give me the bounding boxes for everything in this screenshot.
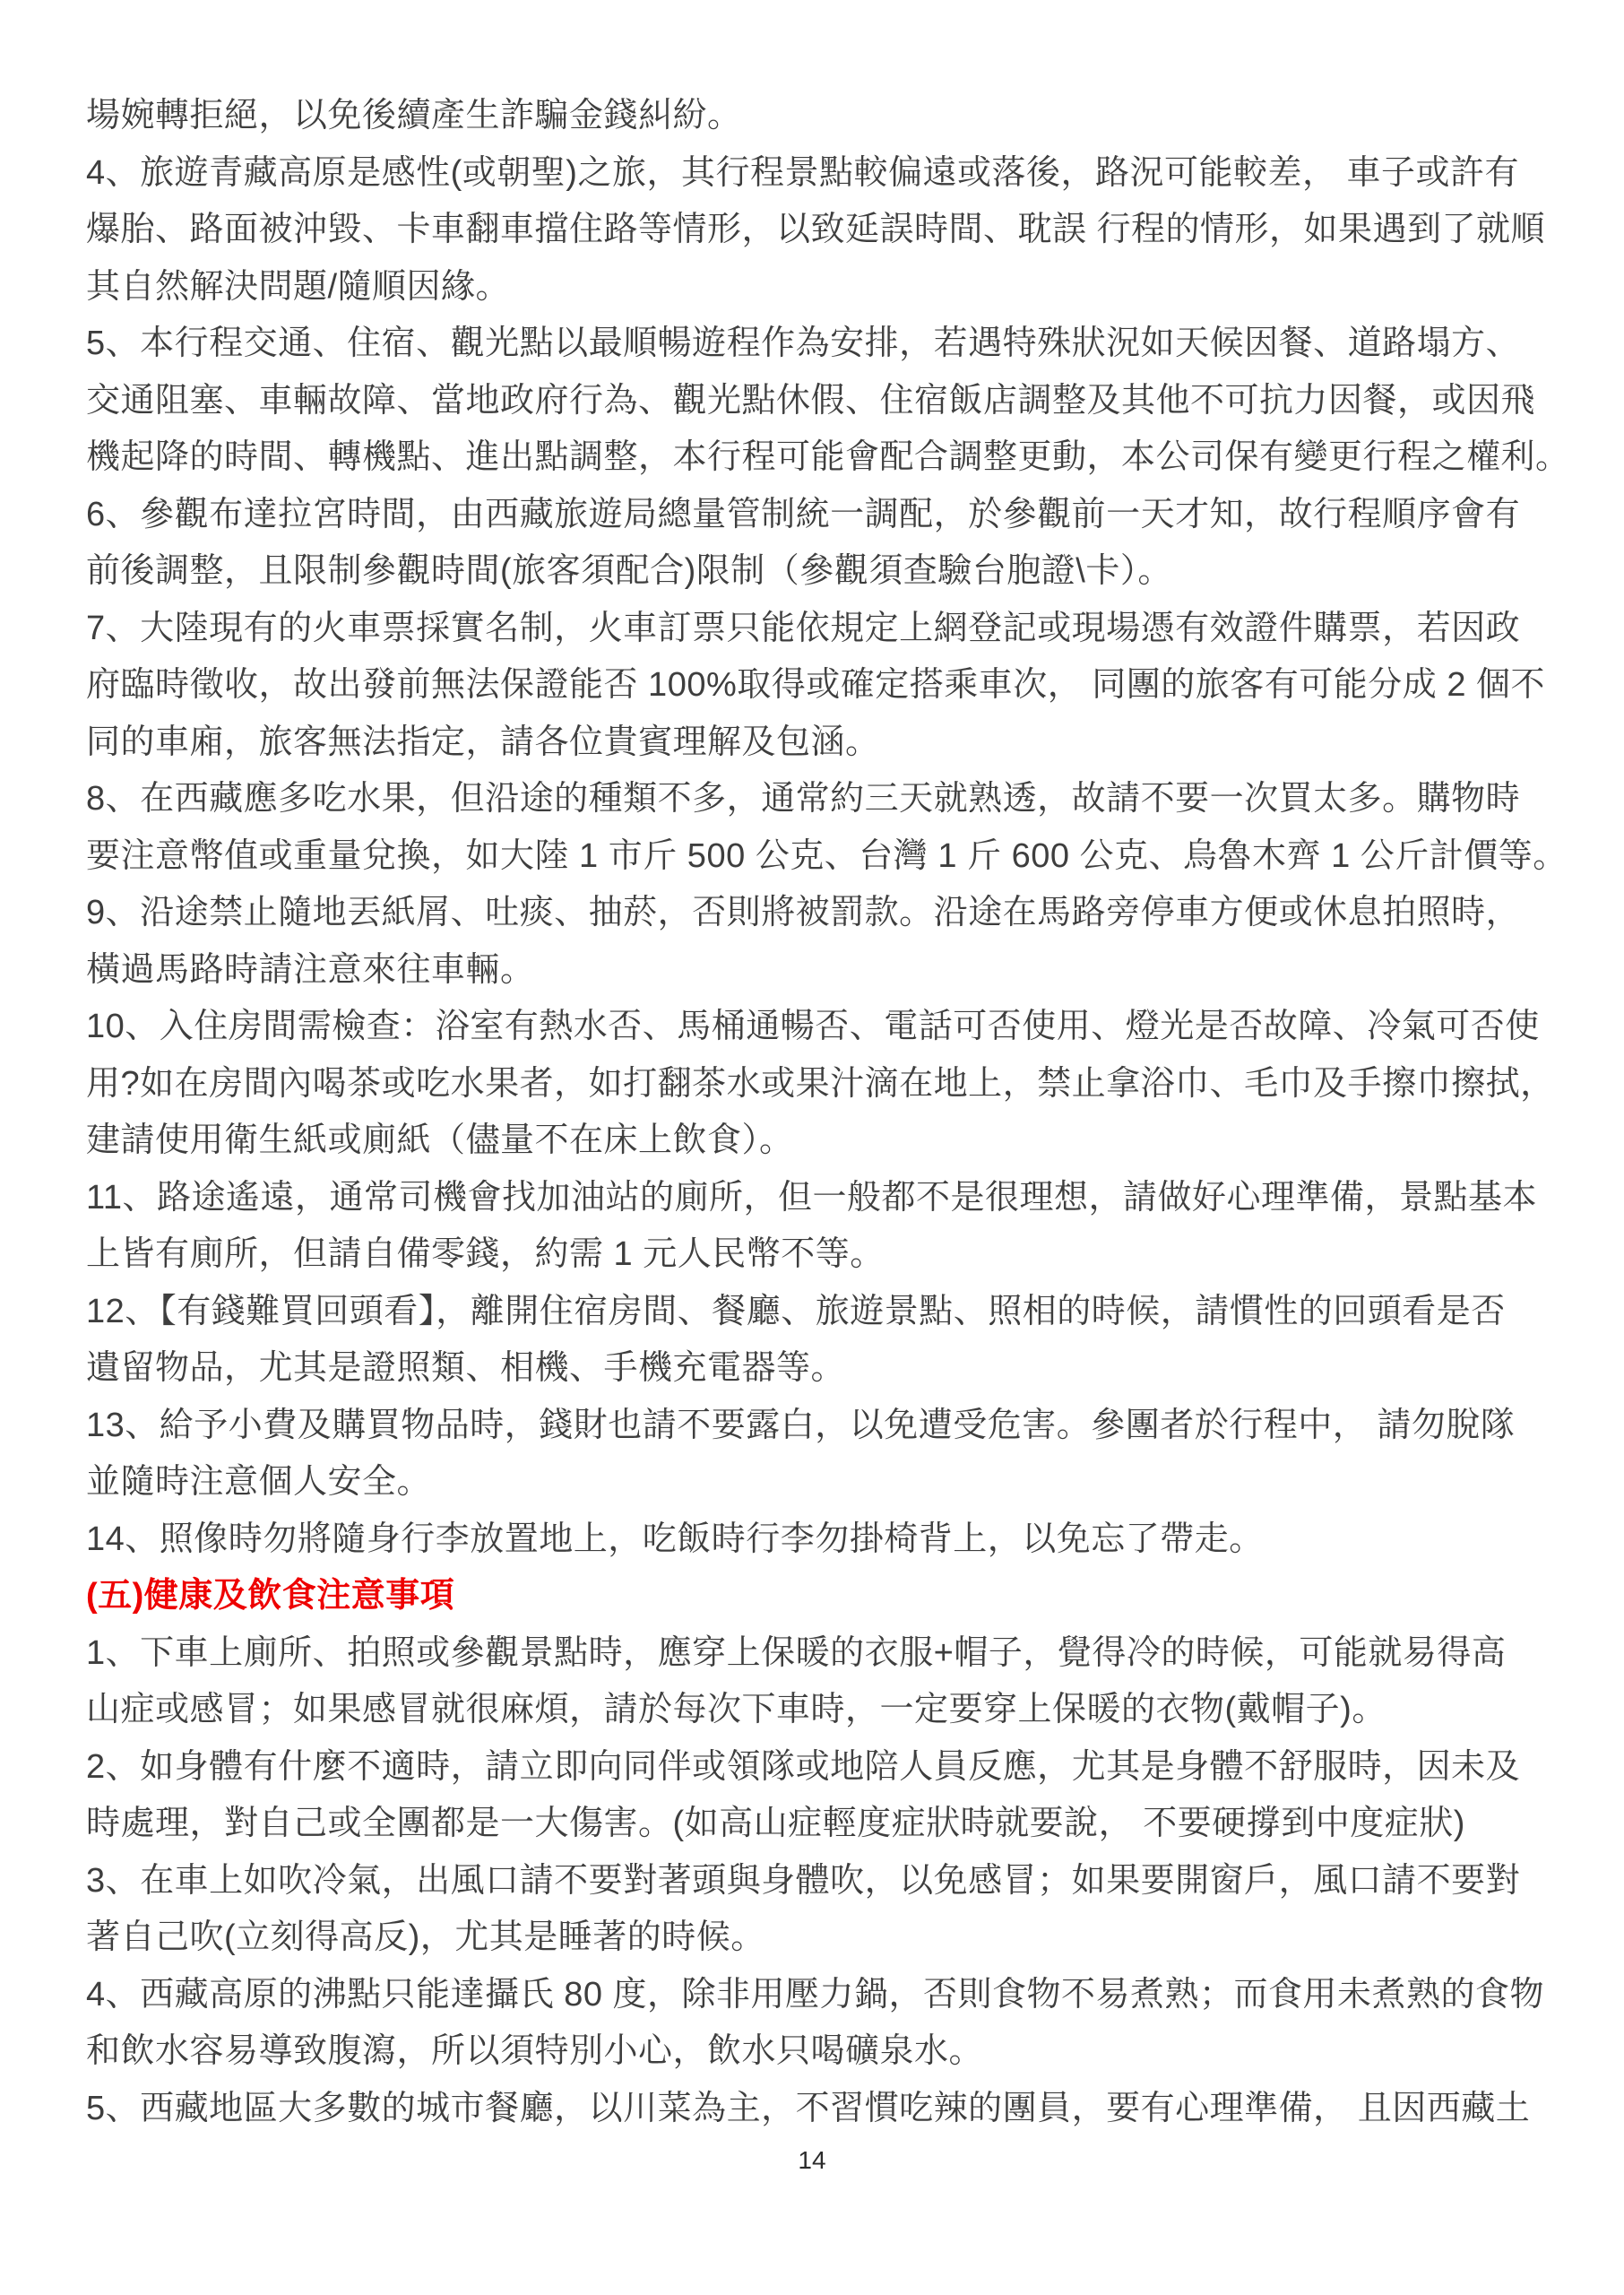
text-line: 12、【有錢難買回頭看】，離開住宿房間、餐廳、旅遊景點、照相的時候，請慣性的回頭… bbox=[86, 1284, 1551, 1341]
text-line: 9、沿途禁止隨地丟紙屑、吐痰、抽菸，否則將被罰款。沿途在馬路旁停車方便或休息拍照… bbox=[86, 885, 1551, 942]
text-line: 2、如身體有什麼不適時，請立即向同伴或領隊或地陪人員反應，尤其是身體不舒服時，因… bbox=[86, 1739, 1551, 1797]
text-line: 和飲水容易導致腹瀉，所以須特別小心，飲水只喝礦泉水。 bbox=[86, 2023, 1551, 2081]
text-line: 1、下車上廁所、拍照或參觀景點時，應穿上保暖的衣服+帽子，覺得冷的時候，可能就易… bbox=[86, 1625, 1551, 1683]
text-line: 10、入住房間需檢查：浴室有熱水否、馬桶通暢否、電話可否使用、燈光是否故障、冷氣… bbox=[86, 999, 1551, 1056]
text-line: 同的車廂，旅客無法指定，請各位貴賓理解及包涵。 bbox=[86, 714, 1551, 772]
text-line: 7、大陸現有的火車票採實名制，火車訂票只能依規定上網登記或現場憑有效證件購票，若… bbox=[86, 601, 1551, 658]
text-line: 場婉轉拒絕，以免後續產生詐騙金錢糾紛。 bbox=[86, 88, 1551, 145]
text-line: 其自然解決問題/隨順因緣。 bbox=[86, 259, 1551, 316]
text-line: 5、西藏地區大多數的城市餐廳，以川菜為主，不習慣吃辣的團員，要有心理準備， 且因… bbox=[86, 2081, 1551, 2138]
page-number: 14 bbox=[0, 2143, 1624, 2178]
text-line: 5、本行程交通、住宿、觀光點以最順暢遊程作為安排，若遇特殊狀況如天候因餐、道路塌… bbox=[86, 316, 1551, 373]
text-line: 4、旅遊青藏高原是感性(或朝聖)之旅，其行程景點較偏遠或落後，路況可能較差， 車… bbox=[86, 145, 1551, 203]
text-line: 8、在西藏應多吃水果，但沿途的種類不多，通常約三天就熟透，故請不要一次買太多。購… bbox=[86, 771, 1551, 828]
text-line: 府臨時徵收，故出發前無法保證能否 100%取得或確定搭乘車次， 同團的旅客有可能… bbox=[86, 657, 1551, 714]
text-line: 機起降的時間、轉機點、進出點調整，本行程可能會配合調整更動，本公司保有變更行程之… bbox=[86, 429, 1551, 487]
text-line: 時處理，對自己或全團都是一大傷害。(如高山症輕度症狀時就要說， 不要硬撐到中度症… bbox=[86, 1796, 1551, 1853]
text-line: 爆胎、路面被沖毀、卡車翻車擋住路等情形，以致延誤時間、耽誤 行程的情形，如果遇到… bbox=[86, 202, 1551, 259]
text-line: 著自己吹(立刻得高反)，尤其是睡著的時候。 bbox=[86, 1910, 1551, 1967]
text-line: 並隨時注意個人安全。 bbox=[86, 1454, 1551, 1511]
text-line: 建請使用衛生紙或廁紙（儘量不在床上飲食）。 bbox=[86, 1113, 1551, 1170]
text-line: 3、在車上如吹冷氣，出風口請不要對著頭與身體吹，以免感冒；如果要開窗戶，風口請不… bbox=[86, 1853, 1551, 1910]
section-heading-health-and-diet-notes: (五)健康及飲食注意事項 bbox=[86, 1568, 1551, 1625]
text-line: 6、參觀布達拉宮時間，由西藏旅遊局總量管制統一調配，於參觀前一天才知，故行程順序… bbox=[86, 487, 1551, 544]
text-line: 用?如在房間內喝茶或吃水果者，如打翻茶水或果汁滴在地上，禁止拿浴巾、毛巾及手擦巾… bbox=[86, 1056, 1551, 1113]
text-line: 山症或感冒；如果感冒就很麻煩，請於每次下車時，一定要穿上保暖的衣物(戴帽子)。 bbox=[86, 1682, 1551, 1739]
text-line: 交通阻塞、車輛故障、當地政府行為、觀光點休假、住宿飯店調整及其他不可抗力因餐，或… bbox=[86, 373, 1551, 430]
text-line: 14、照像時勿將隨身行李放置地上，吃飯時行李勿掛椅背上，以免忘了帶走。 bbox=[86, 1511, 1551, 1569]
text-line: 上皆有廁所，但請自備零錢，約需 1 元人民幣不等。 bbox=[86, 1226, 1551, 1284]
text-line: 13、給予小費及購買物品時，錢財也請不要露白，以免遭受危害。參團者於行程中， 請… bbox=[86, 1398, 1551, 1455]
text-line: 11、路途遙遠，通常司機會找加油站的廁所，但一般都不是很理想，請做好心理準備，景… bbox=[86, 1170, 1551, 1227]
text-line: 遺留物品，尤其是證照類、相機、手機充電器等。 bbox=[86, 1340, 1551, 1398]
text-line: 橫過馬路時請注意來往車輛。 bbox=[86, 942, 1551, 1000]
text-line: 要注意幣值或重量兌換，如大陸 1 市斤 500 公克、台灣 1 斤 600 公克… bbox=[86, 828, 1551, 886]
text-line: 4、西藏高原的沸點只能達攝氏 80 度，除非用壓力鍋，否則食物不易煮熟；而食用未… bbox=[86, 1967, 1551, 2024]
text-line: 前後調整，且限制參觀時間(旅客須配合)限制（參觀須查驗台胞證\卡）。 bbox=[86, 543, 1551, 601]
document-page: 場婉轉拒絕，以免後續產生詐騙金錢糾紛。 4、旅遊青藏高原是感性(或朝聖)之旅，其… bbox=[0, 0, 1624, 2295]
